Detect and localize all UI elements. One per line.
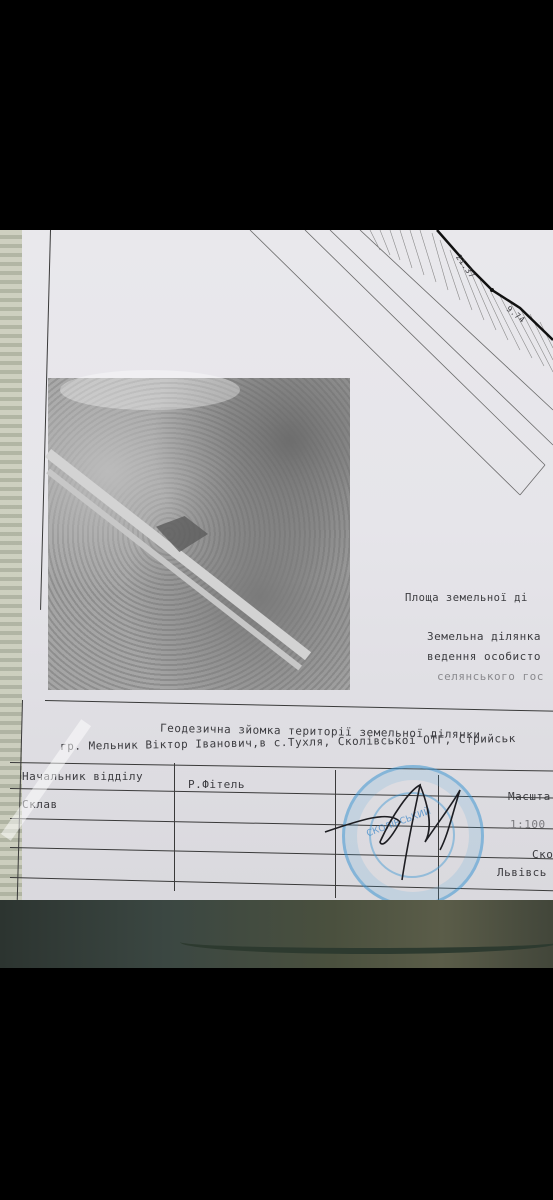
road-strip (46, 469, 302, 671)
signature (320, 770, 480, 900)
document-photo: 21.37 9.74 Площа земельної ді Земельна д… (0, 230, 553, 968)
purpose-line: Земельна ділянка (427, 630, 541, 643)
organization-line: Ско (532, 848, 553, 861)
aerial-photo (48, 378, 350, 690)
road-strip (45, 449, 311, 660)
table-role: Склав (22, 798, 58, 811)
survey-sheet: 21.37 9.74 Площа земельної ді Земельна д… (0, 230, 553, 905)
purpose-line: ведення особисто (427, 650, 541, 663)
scale-label: Масшта (508, 790, 551, 803)
purpose-line: селянського гос (437, 670, 544, 683)
cable (180, 930, 553, 954)
scale-value: 1:100 (510, 818, 546, 831)
title-block-top-border (45, 700, 553, 712)
table-role: Начальник відділу (22, 770, 143, 783)
area-note: Площа земельної ді (405, 592, 528, 604)
table-column-divider (174, 763, 175, 891)
table-name: Р.Фітель (188, 778, 245, 791)
title-block-owner: гр. Мельник Віктор Іванович,в с.Тухля, С… (60, 732, 516, 753)
organization-line: Львівсь (497, 866, 547, 879)
